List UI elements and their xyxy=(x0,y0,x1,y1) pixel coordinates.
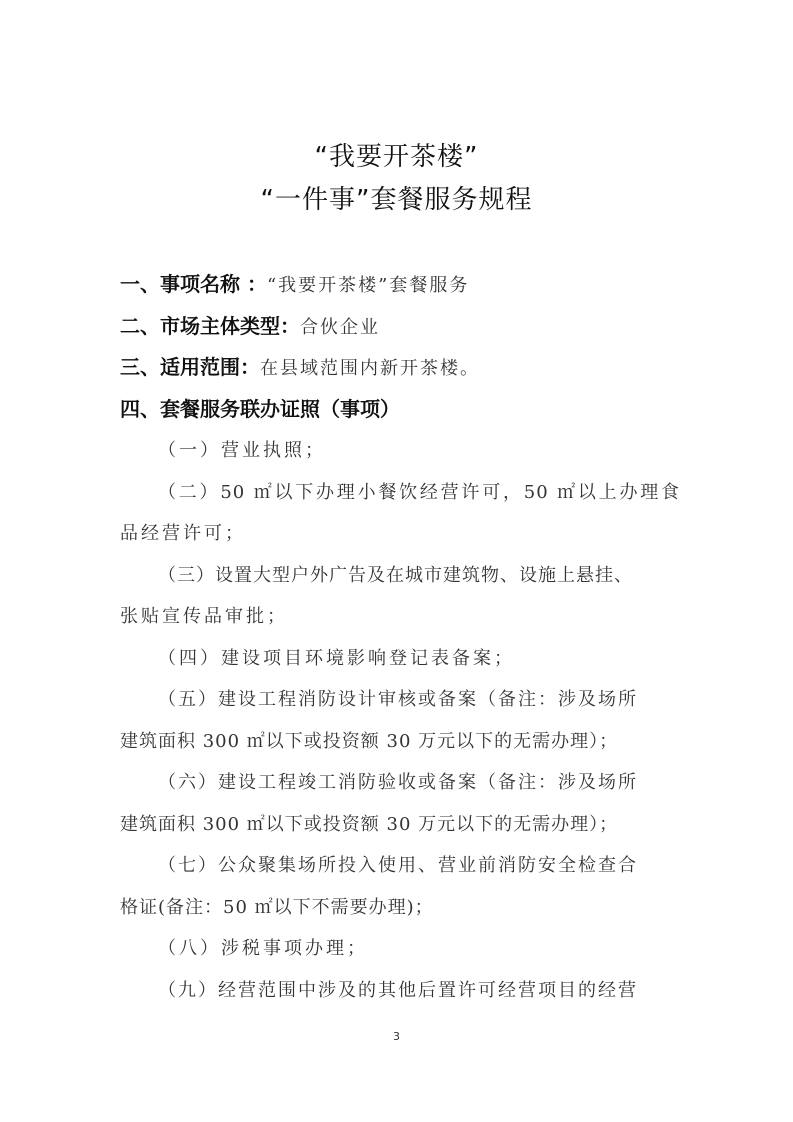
item-text: 格证(备注：50 ㎡以下不需要办理)； xyxy=(120,897,434,918)
license-item-5-cont: 建筑面积 300 ㎡以下或投资额 30 万元以下的无需办理）； xyxy=(120,728,680,755)
section-entity-type: 二、市场主体类型：合伙企业 xyxy=(120,313,680,341)
license-item-1: （一）营业执照； xyxy=(158,437,680,464)
license-item-2-cont: 品经营许可； xyxy=(120,520,680,547)
item-text: （三）设置大型户外广告及在城市建筑物、设施上悬挂、 xyxy=(158,565,633,586)
section-item-name: 一、事项名称 ：“我要开茶楼”套餐服务 xyxy=(120,271,680,299)
license-item-5: （五）建设工程消防设计审核或备案（备注：涉及场所 xyxy=(158,686,680,713)
section-label: 二、市场主体类型： xyxy=(120,314,300,338)
section-value: 合伙企业 xyxy=(300,317,380,338)
item-text: （八）涉税事项办理； xyxy=(158,938,368,959)
item-text: （九）经营范围中涉及的其他后置许可经营项目的经营 xyxy=(158,980,638,1001)
section-value: 在县域范围内新开茶楼。 xyxy=(260,358,480,379)
license-item-9: （九）经营范围中涉及的其他后置许可经营项目的经营 xyxy=(158,977,680,1004)
license-item-3-cont: 张贴宣传品审批； xyxy=(120,603,680,630)
page-number: 3 xyxy=(0,1030,793,1043)
section-value: “我要开茶楼”套餐服务 xyxy=(267,275,469,296)
item-text: （七）公众聚集场所投入使用、营业前消防安全检查合 xyxy=(158,855,638,876)
item-text: 张贴宣传品审批； xyxy=(120,606,288,627)
license-item-6: （六）建设工程竣工消防验收或备案（备注：涉及场所 xyxy=(158,769,680,796)
section-label: 四、套餐服务联办证照（事项） xyxy=(120,397,400,421)
license-item-2: （二）50 ㎡以下办理小餐饮经营许可，50 ㎡以上办理食 xyxy=(158,479,680,506)
item-text: （五）建设工程消防设计审核或备案（备注：涉及场所 xyxy=(158,689,638,710)
item-text: 品经营许可； xyxy=(120,523,246,544)
item-text: （一）营业执照； xyxy=(158,440,326,461)
section-licenses: 四、套餐服务联办证照（事项） xyxy=(120,396,680,423)
item-text: （六）建设工程竣工消防验收或备案（备注：涉及场所 xyxy=(158,772,638,793)
license-item-7-cont: 格证(备注：50 ㎡以下不需要办理)； xyxy=(120,894,680,921)
section-label: 三、适用范围： xyxy=(120,355,260,379)
item-text: 建筑面积 300 ㎡以下或投资额 30 万元以下的无需办理）； xyxy=(120,731,618,752)
license-item-8: （八）涉税事项办理； xyxy=(158,935,680,962)
document-title-line-2: “一件事”套餐服务规程 xyxy=(0,184,793,216)
item-text: （二）50 ㎡以下办理小餐饮经营许可，50 ㎡以上办理食 xyxy=(158,482,680,503)
license-item-4: （四）建设项目环境影响登记表备案； xyxy=(158,645,680,672)
section-scope: 三、适用范围：在县域范围内新开茶楼。 xyxy=(120,354,680,382)
license-item-3: （三）设置大型户外广告及在城市建筑物、设施上悬挂、 xyxy=(158,562,680,589)
document-page: “我要开茶楼” “一件事”套餐服务规程 一、事项名称 ：“我要开茶楼”套餐服务 … xyxy=(0,0,793,1122)
item-text: 建筑面积 300 ㎡以下或投资额 30 万元以下的无需办理）； xyxy=(120,814,618,835)
license-item-7: （七）公众聚集场所投入使用、营业前消防安全检查合 xyxy=(158,852,680,879)
item-text: （四）建设项目环境影响登记表备案； xyxy=(158,648,515,669)
section-label: 一、事项名称 ： xyxy=(120,272,267,296)
license-item-6-cont: 建筑面积 300 ㎡以下或投资额 30 万元以下的无需办理）； xyxy=(120,811,680,838)
document-title-line-1: “我要开茶楼” xyxy=(0,141,793,173)
